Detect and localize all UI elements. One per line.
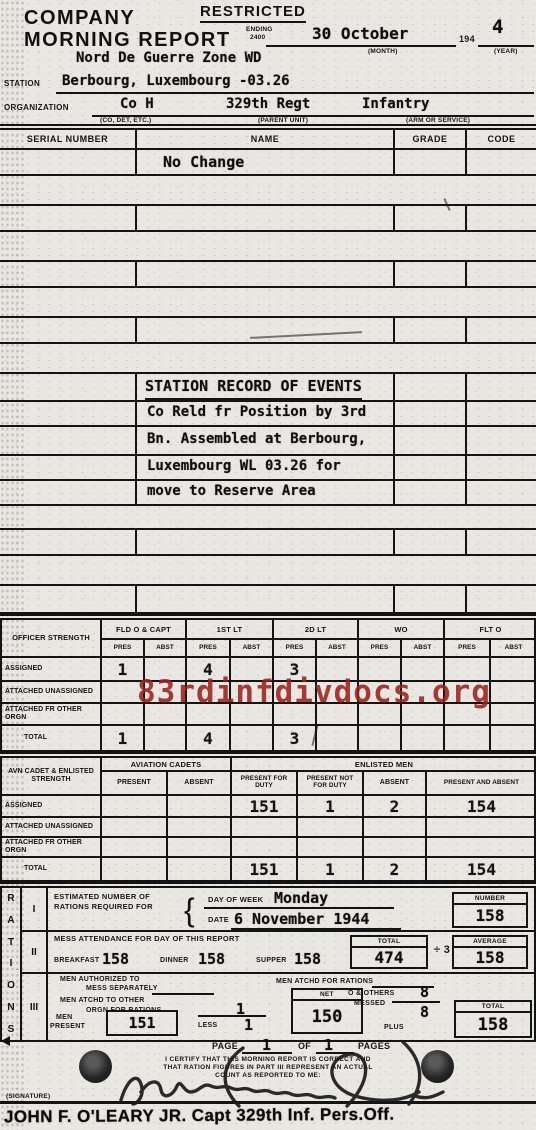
roster-empty-row xyxy=(0,206,536,232)
officer-total-cell xyxy=(317,726,359,752)
cell-empty xyxy=(0,427,137,454)
roster-table: SERIAL NUMBER NAME GRADE CODE No Change … xyxy=(0,128,536,614)
cell-empty xyxy=(395,402,467,425)
section-divider xyxy=(0,124,536,126)
station-fill-line xyxy=(56,92,534,94)
row-label-total: TOTAL xyxy=(2,858,102,882)
row-label-assigned: ASSIGNED xyxy=(2,796,102,818)
day-of-week-value: Monday xyxy=(274,889,328,907)
rations-numeral-2: II xyxy=(22,932,48,972)
side-letter: A xyxy=(7,915,14,926)
arrow-mark xyxy=(1,1036,10,1046)
org-unit-value: Co H xyxy=(120,96,154,112)
estimated-label-1: ESTIMATED NUMBER OF xyxy=(54,893,150,901)
cell-empty xyxy=(395,374,467,400)
events-line-3: Luxembourg WL 03.26 for xyxy=(137,456,395,479)
rations-row-1: I ESTIMATED NUMBER OF RATIONS REQUIRED F… xyxy=(22,888,534,932)
brace-glyph: { xyxy=(184,890,195,930)
events-line-row: Co Reld fr Position by 3rd xyxy=(0,402,536,427)
group-aviation-cadets: AVIATION CADETS xyxy=(102,758,232,772)
enlisted-attached-fr-cell xyxy=(102,838,168,858)
cell-empty xyxy=(0,374,137,400)
total-box: TOTAL 474 xyxy=(350,935,428,969)
enlisted-assigned-cell xyxy=(102,796,168,818)
roster-empty-row xyxy=(0,262,536,288)
enlisted-total-cell xyxy=(168,858,232,882)
cell-empty xyxy=(0,481,137,504)
events-title-row: STATION RECORD OF EVENTS xyxy=(0,374,536,402)
enlisted-attached-cell xyxy=(232,818,298,838)
cell-empty xyxy=(395,318,467,342)
subcol-abst: ABST xyxy=(402,640,445,658)
row-label-total: TOTAL xyxy=(2,726,102,752)
row-label-attached-fr-other: ATTACHED FR OTHER ORGN xyxy=(2,838,102,858)
plus-label: PLUS xyxy=(384,1024,404,1031)
events-title-cell: STATION RECORD OF EVENTS xyxy=(137,374,395,400)
signature-scribble xyxy=(115,1040,445,1118)
section-divider xyxy=(0,882,536,884)
less-value: 1 xyxy=(244,1016,253,1034)
row-label-attached-unassigned: ATTACHED UNASSIGNED xyxy=(2,818,102,838)
enlisted-attached-cell xyxy=(298,818,364,838)
cell-empty xyxy=(395,262,467,286)
rations-total-value: 158 xyxy=(456,1013,530,1036)
officer-total-cell xyxy=(402,726,445,752)
less-label: LESS xyxy=(198,1022,217,1029)
subcol-abst: ABST xyxy=(231,640,274,658)
events-line-1: Co Reld fr Position by 3rd xyxy=(137,402,395,425)
col-header-grade: GRADE xyxy=(395,130,467,148)
day-of-week-label: DAY OF WEEK xyxy=(208,896,263,904)
subcol-abst: ABST xyxy=(491,640,536,658)
section-divider xyxy=(0,752,536,754)
subcol-abst: ABST xyxy=(317,640,359,658)
average-box-label: AVERAGE xyxy=(454,937,526,948)
enlisted-attached-fr-cell xyxy=(298,838,364,858)
cell-empty xyxy=(467,262,536,286)
dinner-value: 158 xyxy=(198,950,225,968)
cell-empty xyxy=(467,206,536,230)
no-change-entry: No Change xyxy=(137,150,395,174)
group-wo: WO xyxy=(359,620,445,640)
signature-caption: (SIGNATURE) xyxy=(6,1094,50,1101)
officer-total-cell: 3 xyxy=(274,726,317,752)
enlisted-assigned-cell: 2 xyxy=(364,796,427,818)
roster-empty-row xyxy=(0,344,536,374)
enlisted-strength-table: AVN CADET & ENLISTED STRENGTH AVIATION C… xyxy=(0,756,536,884)
side-letter: S xyxy=(8,1024,15,1035)
events-title: STATION RECORD OF EVENTS xyxy=(145,374,362,400)
section-divider xyxy=(0,614,536,616)
fill-line xyxy=(152,993,214,995)
cell-empty xyxy=(137,586,395,612)
total-box-label: TOTAL xyxy=(352,937,426,948)
men-present-box: 151 xyxy=(106,1010,178,1036)
enlisted-attached-cell xyxy=(364,818,427,838)
cell-empty xyxy=(137,262,395,286)
fill-line xyxy=(392,1001,440,1003)
enlisted-assigned-cell xyxy=(168,796,232,818)
rations-total-box: TOTAL 158 xyxy=(454,1000,532,1038)
cell-empty xyxy=(467,456,536,479)
fill-line xyxy=(198,1015,266,1017)
events-line-2: Bn. Assembled at Berbourg, xyxy=(137,427,395,454)
officer-strength-title: OFFICER STRENGTH xyxy=(2,620,102,658)
enlisted-total-cell xyxy=(102,858,168,882)
officer-total-cell xyxy=(145,726,187,752)
watermark-text: 83rdinfdivdocs.org xyxy=(137,674,491,710)
organization-label: ORGANIZATION xyxy=(4,104,69,112)
officer-attached-fr-cell xyxy=(491,704,536,726)
punch-hole-left xyxy=(79,1050,112,1083)
row-label-attached-unassigned: ATTACHED UNASSIGNED xyxy=(2,682,102,704)
average-box: AVERAGE 158 xyxy=(452,935,528,969)
station-value: Berbourg, Luxembourg -03.26 xyxy=(62,73,290,89)
enlisted-assigned-cell: 151 xyxy=(232,796,298,818)
roster-empty-row xyxy=(0,288,536,318)
events-line-row: move to Reserve Area xyxy=(0,481,536,506)
cell-empty xyxy=(395,456,467,479)
present-label: PRESENT xyxy=(50,1023,85,1030)
cell-empty xyxy=(467,402,536,425)
fill-line xyxy=(231,928,401,930)
supper-label: SUPPER xyxy=(256,957,287,964)
avn-strength-title: AVN CADET & ENLISTED STRENGTH xyxy=(2,758,102,796)
org-arm-value: Infantry xyxy=(362,96,429,112)
cell-empty xyxy=(0,456,137,479)
enlisted-attached-cell xyxy=(168,818,232,838)
roster-empty-row xyxy=(0,318,536,344)
cell-empty xyxy=(395,427,467,454)
subcol-present-for-duty: PRESENT FOR DUTY xyxy=(232,772,298,796)
officer-total-cell xyxy=(359,726,402,752)
subcol-pres: PRES xyxy=(359,640,402,658)
officer-total-cell: 4 xyxy=(187,726,231,752)
col-header-name: NAME xyxy=(137,130,395,148)
group-1st-lt: 1ST LT xyxy=(187,620,274,640)
cell-empty xyxy=(467,374,536,400)
row-label-assigned: ASSIGNED xyxy=(2,658,102,682)
roster-empty-row xyxy=(0,556,536,586)
form-title-line1: COMPANY xyxy=(24,7,135,30)
subcol-absent: ABSENT xyxy=(168,772,232,796)
events-line-row: Bn. Assembled at Berbourg, xyxy=(0,427,536,456)
enlisted-total-cell: 154 xyxy=(427,858,536,882)
roster-header-row: SERIAL NUMBER NAME GRADE CODE xyxy=(0,128,536,150)
subcol-pres: PRES xyxy=(102,640,145,658)
enlisted-assigned-cell: 1 xyxy=(298,796,364,818)
cell-empty xyxy=(467,530,536,554)
roster-empty-row xyxy=(0,530,536,556)
men-atchd-for-rations-label: MEN ATCHD FOR RATIONS xyxy=(276,978,373,985)
enlisted-total-cell: 1 xyxy=(298,858,364,882)
side-letter: T xyxy=(8,937,14,948)
group-enlisted-men: ENLISTED MEN xyxy=(232,758,536,772)
date-fill-line xyxy=(266,45,456,47)
breakfast-label: BREAKFAST xyxy=(54,957,99,964)
enlisted-attached-cell xyxy=(427,818,536,838)
form-title-line2: MORNING REPORT xyxy=(24,29,231,52)
side-letter: N xyxy=(7,1002,14,1013)
date-label: DATE xyxy=(208,916,229,924)
enlisted-attached-fr-cell xyxy=(168,838,232,858)
events-line-row: Luxembourg WL 03.26 for xyxy=(0,456,536,481)
cell-empty xyxy=(0,530,137,554)
side-letter: O xyxy=(7,980,15,991)
cell-empty xyxy=(137,206,395,230)
cell-empty xyxy=(395,481,467,504)
subcol-pres: PRES xyxy=(445,640,491,658)
net-box: NET 150 xyxy=(291,988,363,1034)
col-header-code: CODE xyxy=(467,130,536,148)
officer-total-cell: 1 xyxy=(102,726,145,752)
group-2d-lt: 2D LT xyxy=(274,620,359,640)
rations-row-3: III MEN AUTHORIZED TO MESS SEPARATELY ME… xyxy=(22,974,534,1040)
org-parent-value: 329th Regt xyxy=(226,96,310,112)
cell-empty xyxy=(395,150,467,174)
date-value: 6 November 1944 xyxy=(234,910,369,928)
total-box-value: 474 xyxy=(352,948,426,967)
subcol-abst: ABST xyxy=(145,640,187,658)
classification-banner: RESTRICTED xyxy=(200,3,306,23)
subcol-present-not-for-duty: PRESENT NOT FOR DUTY xyxy=(298,772,364,796)
fill-line xyxy=(204,907,394,909)
side-letter: I xyxy=(10,958,13,969)
dinner-label: DINNER xyxy=(160,957,189,964)
net-box-value: 150 xyxy=(293,1001,361,1032)
rations-section: R A T I O N S I ESTIMATED NUMBER OF RATI… xyxy=(0,886,536,1042)
cell-empty xyxy=(395,530,467,554)
officer-total-cell xyxy=(491,726,536,752)
morning-report-scan: RESTRICTED COMPANY MORNING REPORT ENDING… xyxy=(0,0,536,1130)
officer-assigned-cell xyxy=(491,658,536,682)
rations-numeral-3: III xyxy=(22,974,48,1040)
officer-total-cell xyxy=(445,726,491,752)
men-atchd-other-label-1: MEN ATCHD TO OTHER xyxy=(60,997,145,1004)
enlisted-total-cell: 151 xyxy=(232,858,298,882)
roster-empty-row xyxy=(0,586,536,614)
breakfast-value: 158 xyxy=(102,950,129,968)
enlisted-attached-fr-cell xyxy=(232,838,298,858)
rations-row-2: II MESS ATTENDANCE FOR DAY OF THIS REPOR… xyxy=(22,932,534,974)
ending-time-label: 2400 xyxy=(250,35,265,42)
officer-attached-cell xyxy=(491,682,536,704)
net-box-label: NET xyxy=(293,990,361,1001)
mess-separately-label: MESS SEPARATELY xyxy=(86,985,158,992)
year-caption: (YEAR) xyxy=(494,49,518,56)
month-caption: (MONTH) xyxy=(368,49,398,56)
enlisted-attached-fr-cell xyxy=(364,838,427,858)
cell-empty xyxy=(137,318,395,342)
supper-value: 158 xyxy=(294,950,321,968)
side-letter: R xyxy=(7,893,14,904)
station-label: STATION xyxy=(4,80,40,88)
rations-total-label: TOTAL xyxy=(456,1002,530,1013)
plus-value: 8 xyxy=(420,1003,429,1021)
cell-empty xyxy=(0,262,137,286)
men-label: MEN xyxy=(56,1014,72,1021)
number-box-label: NUMBER xyxy=(454,894,526,905)
cell-empty xyxy=(467,318,536,342)
group-flt-o: FLT O xyxy=(445,620,536,640)
cell-empty xyxy=(467,427,536,454)
zone-value: Nord De Guerre Zone WD xyxy=(76,50,261,66)
cell-empty xyxy=(0,318,137,342)
subcol-pres: PRES xyxy=(187,640,231,658)
cell-empty xyxy=(137,530,395,554)
average-box-value: 158 xyxy=(454,948,526,967)
enlisted-total-cell: 2 xyxy=(364,858,427,882)
subcol-absent-enlisted: ABSENT xyxy=(364,772,427,796)
cell-empty xyxy=(0,206,137,230)
cell-empty xyxy=(0,150,137,174)
subcol-pres: PRES xyxy=(274,640,317,658)
number-box-value: 158 xyxy=(454,905,526,926)
number-box: NUMBER 158 xyxy=(452,892,528,928)
events-line-4: move to Reserve Area xyxy=(137,481,395,504)
enlisted-attached-fr-cell xyxy=(427,838,536,858)
cell-empty xyxy=(467,150,536,174)
enlisted-assigned-cell: 154 xyxy=(427,796,536,818)
men-authorized-label: MEN AUTHORIZED TO xyxy=(60,976,140,983)
estimated-label-2: RATIONS REQUIRED FOR xyxy=(54,903,153,911)
men-present-value: 151 xyxy=(128,1014,155,1032)
report-date-value: 30 October xyxy=(312,24,408,43)
cell-empty xyxy=(395,586,467,612)
subcol-present: PRESENT xyxy=(102,772,168,796)
others-messed-value: 8 xyxy=(420,983,429,1001)
rations-side-label: R A T I O N S xyxy=(2,888,22,1040)
roster-empty-row xyxy=(0,506,536,530)
enlisted-attached-cell xyxy=(102,818,168,838)
mess-attendance-label: MESS ATTENDANCE FOR DAY OF THIS REPORT xyxy=(54,935,240,943)
ending-label: ENDING xyxy=(246,27,272,34)
col-header-serial: SERIAL NUMBER xyxy=(0,130,137,148)
subcol-present-and-absent: PRESENT AND ABSENT xyxy=(427,772,536,796)
year-printed: 194 xyxy=(459,35,475,44)
officer-total-cell xyxy=(231,726,274,752)
rations-numeral-1: I xyxy=(22,888,48,930)
roster-row-no-change: No Change xyxy=(0,150,536,176)
cell-empty xyxy=(395,206,467,230)
cell-empty xyxy=(467,586,536,612)
roster-empty-row xyxy=(0,232,536,262)
group-fldo-capt: FLD O & CAPT xyxy=(102,620,187,640)
row-label-attached-fr-other: ATTACHED FR OTHER ORGN xyxy=(2,704,102,726)
year-typed-value: 4 xyxy=(492,16,503,38)
cell-empty xyxy=(467,481,536,504)
year-fill-line xyxy=(478,45,534,47)
divide-by-three: ÷ 3 xyxy=(434,945,450,957)
cell-empty xyxy=(0,402,137,425)
roster-empty-row xyxy=(0,176,536,206)
cell-empty xyxy=(0,586,137,612)
